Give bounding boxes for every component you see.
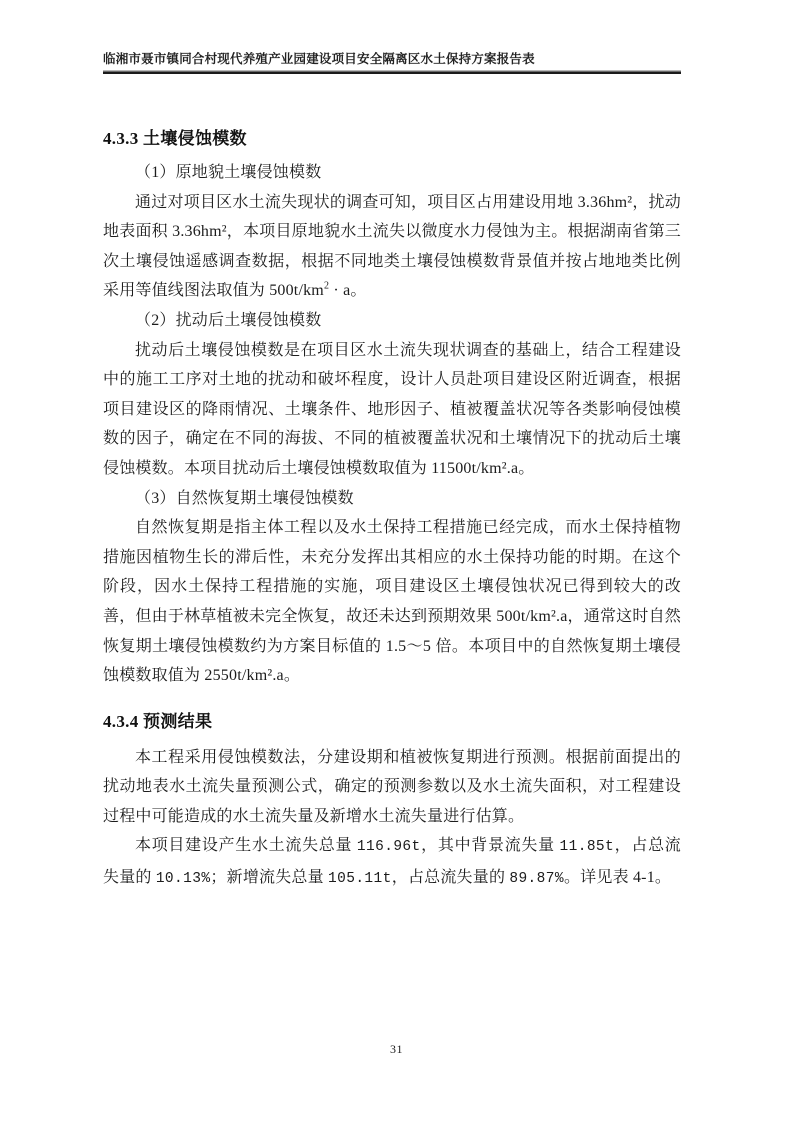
paragraph-original-landform: 通过对项目区水土流失现状的调查可知，项目区占用建设用地 3.36hm²，扰动地表… — [103, 188, 681, 306]
page-footer: 31 — [0, 1040, 793, 1058]
value-total-loss: 116.96t — [357, 839, 421, 855]
subsection-item-1: （1）原地貌土壤侵蚀模数 — [103, 158, 681, 188]
header-title: 临湘市聂市镇同合村现代养殖产业园建设项目安全隔离区水土保持方案报告表 — [103, 50, 681, 68]
paragraph-prediction-result: 本项目建设产生水土流失总量 116.96t，其中背景流失量 11.85t，占总流… — [103, 831, 681, 894]
paragraph-text: ，其中背景流失量 — [421, 837, 560, 854]
paragraph-text: 通过对项目区水土流失现状的调查可知，项目区占用建设用地 3.36hm²，扰动地表… — [103, 194, 681, 300]
section-heading-433: 4.3.3 土壤侵蚀模数 — [103, 124, 681, 154]
paragraph-text: · a。 — [329, 282, 366, 299]
value-background-loss: 11.85t — [560, 839, 615, 855]
document-body: 4.3.3 土壤侵蚀模数 （1）原地貌土壤侵蚀模数 通过对项目区水土流失现状的调… — [103, 74, 681, 895]
paragraph-text: 。详见表 4-1。 — [564, 869, 671, 886]
section-heading-434: 4.3.4 预测结果 — [103, 707, 681, 737]
subsection-item-2: （2）扰动后土壤侵蚀模数 — [103, 306, 681, 336]
document-page: 临湘市聂市镇同合村现代养殖产业园建设项目安全隔离区水土保持方案报告表 4.3.3… — [0, 0, 793, 1122]
paragraph-prediction-method: 本工程采用侵蚀模数法，分建设期和植被恢复期进行预测。根据前面提出的扰动地表水土流… — [103, 743, 681, 832]
paragraph-text: ；新增流失总量 — [210, 869, 328, 886]
paragraph-disturbed-modulus: 扰动后土壤侵蚀模数是在项目区水土流失现状调查的基础上，结合工程建设中的施工工序对… — [103, 336, 681, 484]
value-new-loss: 105.11t — [328, 871, 392, 887]
page-number: 31 — [390, 1042, 403, 1056]
subsection-item-3: （3）自然恢复期土壤侵蚀模数 — [103, 484, 681, 514]
paragraph-text: ，占总流失量的 — [392, 869, 510, 886]
paragraph-natural-recovery: 自然恢复期是指主体工程以及水土保持工程措施已经完成，而水土保持植物措施因植物生长… — [103, 513, 681, 691]
value-new-percent: 89.87% — [509, 871, 564, 887]
paragraph-text: 本项目建设产生水土流失总量 — [135, 837, 357, 854]
page-header: 临湘市聂市镇同合村现代养殖产业园建设项目安全隔离区水土保持方案报告表 — [103, 0, 681, 74]
value-background-percent: 10.13% — [156, 871, 211, 887]
